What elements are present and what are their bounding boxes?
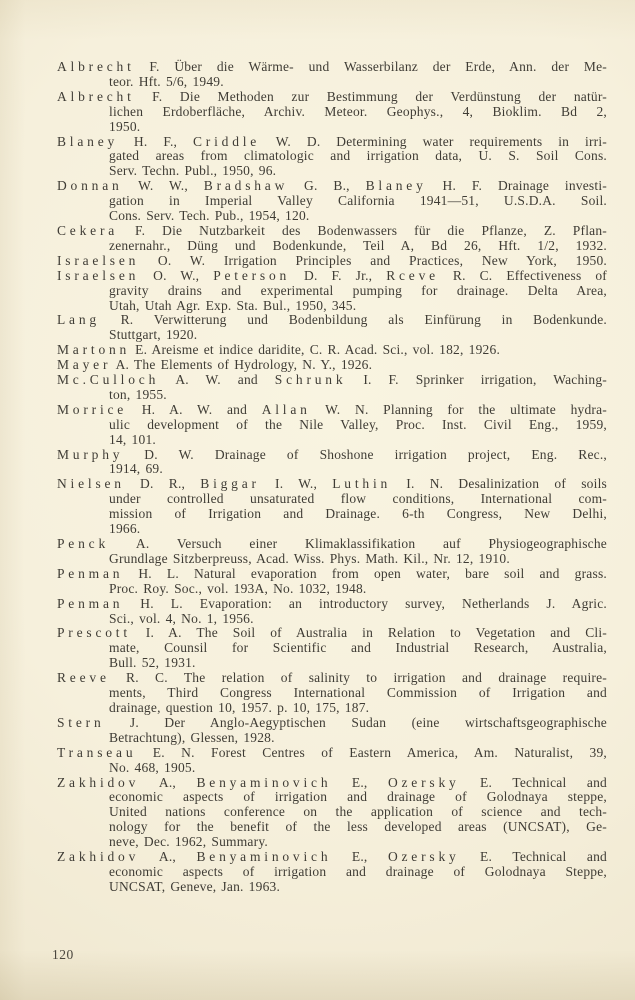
author-name: Martonn [57, 342, 130, 357]
author-name: Prescott [57, 625, 131, 640]
bibliography-line: Proc. Roy. Soc., vol. 193A, No. 1032, 19… [57, 582, 607, 597]
bibliography-line: Sci., vol. 4, No. 1, 1956. [57, 612, 607, 627]
author-name: Albrecht [57, 89, 135, 104]
bibliography-line: Israelsen O. W. Irrigation Principles an… [57, 254, 607, 269]
bibliography-line: Cekera F. Die Nutzbarkeit des Bodenwasse… [57, 224, 607, 239]
author-name: Rceve [386, 268, 439, 283]
bibliography-line: 1966. [57, 522, 607, 537]
bibliography-entry: Prescott I. A. The Soil of Australia in … [57, 626, 607, 671]
bibliography-line: Grundlage Sitzberpreuss, Acad. Wiss. Phy… [57, 552, 607, 567]
author-name: Criddle [193, 134, 260, 149]
bibliography-entry: Israelsen O. W. Irrigation Principles an… [57, 254, 607, 269]
author-name: Morrice [57, 402, 127, 417]
bibliography-line: Utah, Utah Agr. Exp. Sta. Bul., 1950, 34… [57, 299, 607, 314]
bibliography-line: Prescott I. A. The Soil of Australia in … [57, 626, 607, 641]
author-name: Penman [57, 566, 123, 581]
author-name: Stern [57, 715, 105, 730]
bibliography-entry: Martonn E. Areisme et indice daridite, C… [57, 343, 607, 358]
bibliography-line: Serv. Techn. Publ., 1950, 96. [57, 164, 607, 179]
bibliography-entry: Penman H. L. Natural evaporation from op… [57, 567, 607, 597]
author-name: Mc.Culloch [57, 372, 159, 387]
author-name: Cekera [57, 223, 118, 238]
author-name: Luthin [332, 476, 391, 491]
author-name: Murphy [57, 447, 123, 462]
author-name: Zakhidov [57, 775, 139, 790]
bibliography-line: Mayer A. The Elements of Hydrology, N. Y… [57, 358, 607, 373]
bibliography-line: ments, Third Congress International Comm… [57, 686, 607, 701]
bibliography-line: economic aspects of irrigation and drain… [57, 865, 607, 880]
author-name: Blaney [57, 134, 118, 149]
bibliography-line: Zakhidov A., Benyaminovich E., Ozersky E… [57, 850, 607, 865]
bibliography-line: drainage, question 10, 1957. p. 10, 175,… [57, 701, 607, 716]
bibliography-line: UNCSAT, Geneve, Jan. 1963. [57, 880, 607, 895]
author-name: Lang [57, 312, 100, 327]
bibliography-line: lichen Erdoberfläche, Archiv. Meteor. Ge… [57, 105, 607, 120]
author-name: Schrunk [275, 372, 347, 387]
bibliography-line: No. 468, 1905. [57, 761, 607, 776]
bibliography-line: Murphy D. W. Drainage of Shoshone irriga… [57, 448, 607, 463]
bibliography-entry: Morrice H. A. W. and Allan W. N. Plannin… [57, 403, 607, 448]
bibliography-list: Albrecht F. Über die Wärme- und Wasserbi… [57, 60, 607, 895]
bibliography-line: teor. Hft. 5/6, 1949. [57, 75, 607, 90]
bibliography-line: 1950. [57, 120, 607, 135]
bibliography-line: Martonn E. Areisme et indice daridite, C… [57, 343, 607, 358]
bibliography-line: Mc.Culloch A. W. and Schrunk I. F. Sprin… [57, 373, 607, 388]
author-name: Nielsen [57, 476, 125, 491]
author-name: Benyaminovich [196, 849, 331, 864]
book-page: Albrecht F. Über die Wärme- und Wasserbi… [0, 0, 635, 1000]
bibliography-entry: Donnan W. W., Bradshaw G. B., Blaney H. … [57, 179, 607, 224]
bibliography-entry: Cekera F. Die Nutzbarkeit des Bodenwasse… [57, 224, 607, 254]
bibliography-entry: Penck A. Versuch einer Klimaklassifikati… [57, 537, 607, 567]
bibliography-line: neve, Dec. 1962, Summary. [57, 835, 607, 850]
bibliography-line: 1914, 69. [57, 462, 607, 477]
bibliography-line: mate, Counsil for Scientific and Industr… [57, 641, 607, 656]
bibliography-entry: Israelsen O. W., Peterson D. F. Jr., Rce… [57, 269, 607, 314]
author-name: Ozersky [388, 849, 460, 864]
bibliography-entry: Mc.Culloch A. W. and Schrunk I. F. Sprin… [57, 373, 607, 403]
bibliography-line: Stuttgart, 1920. [57, 328, 607, 343]
bibliography-line: Cons. Serv. Tech. Pub., 1954, 120. [57, 209, 607, 224]
bibliography-line: Stern J. Der Anglo-Aegyptischen Sudan (e… [57, 716, 607, 731]
author-name: Israelsen [57, 268, 139, 283]
author-name: Peterson [213, 268, 290, 283]
bibliography-entry: Albrecht F. Über die Wärme- und Wasserbi… [57, 60, 607, 90]
author-name: Zakhidov [57, 849, 139, 864]
bibliography-entry: Zakhidov A., Benyaminovich E., Ozersky E… [57, 776, 607, 851]
bibliography-line: Morrice H. A. W. and Allan W. N. Plannin… [57, 403, 607, 418]
author-name: Blaney [366, 178, 427, 193]
bibliography-line: Penman H. L. Natural evaporation from op… [57, 567, 607, 582]
bibliography-entry: Blaney H. F., Criddle W. D. Determining … [57, 135, 607, 180]
bibliography-line: Reeve R. C. The relation of salinity to … [57, 671, 607, 686]
bibliography-entry: Penman H. L. Evaporation: an introductor… [57, 597, 607, 627]
author-name: Reeve [57, 670, 110, 685]
bibliography-entry: Nielsen D. R., Biggar I. W., Luthin I. N… [57, 477, 607, 537]
bibliography-line: ton, 1955. [57, 388, 607, 403]
bibliography-line: Betrachtung), Glessen, 1928. [57, 731, 607, 746]
bibliography-entry: Lang R. Verwitterung und Bodenbildung al… [57, 313, 607, 343]
bibliography-line: Albrecht F. Die Methoden zur Bestimmung … [57, 90, 607, 105]
bibliography-line: Zakhidov A., Benyaminovich E., Ozersky E… [57, 776, 607, 791]
bibliography-line: 14, 101. [57, 433, 607, 448]
bibliography-entry: Reeve R. C. The relation of salinity to … [57, 671, 607, 716]
bibliography-line: gravity drains and experimental pumping … [57, 284, 607, 299]
bibliography-entry: Stern J. Der Anglo-Aegyptischen Sudan (e… [57, 716, 607, 746]
bibliography-line: gated areas from climatologic and irriga… [57, 149, 607, 164]
page-number: 120 [52, 947, 74, 963]
author-name: Transeau [57, 745, 136, 760]
bibliography-line: Lang R. Verwitterung und Bodenbildung al… [57, 313, 607, 328]
bibliography-line: United nations conference on the applica… [57, 805, 607, 820]
bibliography-line: Transeau E. N. Forest Centres of Eastern… [57, 746, 607, 761]
author-name: Donnan [57, 178, 123, 193]
author-name: Bradshaw [204, 178, 288, 193]
author-name: Penman [57, 596, 123, 611]
author-name: Albrecht [57, 59, 135, 74]
bibliography-line: under controlled unsaturated flow condit… [57, 492, 607, 507]
bibliography-entry: Albrecht F. Die Methoden zur Bestimmung … [57, 90, 607, 135]
bibliography-entry: Mayer A. The Elements of Hydrology, N. Y… [57, 358, 607, 373]
bibliography-line: Donnan W. W., Bradshaw G. B., Blaney H. … [57, 179, 607, 194]
bibliography-line: Bull. 52, 1931. [57, 656, 607, 671]
author-name: Israelsen [57, 253, 139, 268]
author-name: Allan [262, 402, 311, 417]
bibliography-line: economic aspects of irrigation and drain… [57, 790, 607, 805]
bibliography-line: nology for the benefit of the less devel… [57, 820, 607, 835]
bibliography-line: Penck A. Versuch einer Klimaklassifikati… [57, 537, 607, 552]
bibliography-line: Blaney H. F., Criddle W. D. Determining … [57, 135, 607, 150]
author-name: Ozersky [388, 775, 460, 790]
bibliography-line: Nielsen D. R., Biggar I. W., Luthin I. N… [57, 477, 607, 492]
author-name: Benyaminovich [196, 775, 331, 790]
bibliography-line: mission of Irrigation and Drainage. 6-th… [57, 507, 607, 522]
author-name: Penck [57, 536, 109, 551]
author-name: Mayer [57, 357, 111, 372]
bibliography-entry: Zakhidov A., Benyaminovich E., Ozersky E… [57, 850, 607, 895]
bibliography-line: Israelsen O. W., Peterson D. F. Jr., Rce… [57, 269, 607, 284]
bibliography-line: Penman H. L. Evaporation: an introductor… [57, 597, 607, 612]
bibliography-entry: Transeau E. N. Forest Centres of Eastern… [57, 746, 607, 776]
bibliography-line: ulic development of the Nile Valley, Pro… [57, 418, 607, 433]
author-name: Biggar [200, 476, 260, 491]
bibliography-line: zenernahr., Düng und Bodenkunde, Teil A,… [57, 239, 607, 254]
bibliography-entry: Murphy D. W. Drainage of Shoshone irriga… [57, 448, 607, 478]
bibliography-line: Albrecht F. Über die Wärme- und Wasserbi… [57, 60, 607, 75]
bibliography-line: gation in Imperial Valley California 194… [57, 194, 607, 209]
